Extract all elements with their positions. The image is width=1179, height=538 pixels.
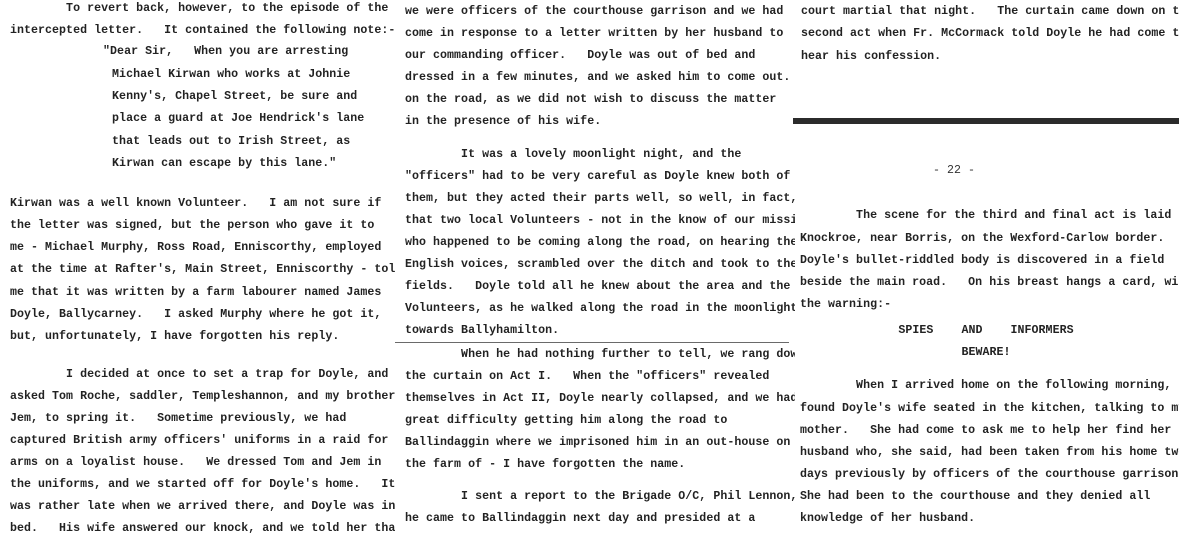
text-line: Doyle, Ballycarney. I asked Murphy where…	[10, 308, 381, 322]
text-line: them, but they acted their parts well, s…	[405, 192, 795, 206]
page-divider-line	[395, 342, 789, 343]
text-line: great difficulty getting him along the r…	[405, 414, 727, 428]
text-line: Kirwan was a well known Volunteer. I am …	[10, 197, 381, 211]
text-line: I sent a report to the Brigade O/C, Phil…	[405, 490, 795, 504]
text-line: "Dear Sir, When you are arresting	[61, 45, 348, 59]
text-line: husband who, she said, had been taken fr…	[800, 446, 1179, 460]
text-column-left: To revert back, however, to the episode …	[0, 0, 395, 538]
text-line: beside the main road. On his breast hang…	[800, 276, 1179, 290]
text-line: the warning:-	[800, 298, 891, 312]
text-line: arms on a loyalist house. We dressed Tom…	[10, 456, 381, 470]
text-line: who happened to be coming along the road…	[405, 236, 795, 250]
text-line: days previously by officers of the court…	[800, 468, 1179, 482]
text-line: the letter was signed, but the person wh…	[10, 219, 374, 233]
text-line: She had been to the courthouse and they …	[800, 490, 1150, 504]
text-line: at the time at Rafter's, Main Street, En…	[10, 263, 395, 277]
text-line: that leads out to Irish Street, as	[63, 135, 350, 149]
text-line: Kenny's, Chapel Street, be sure and	[63, 90, 357, 104]
text-line: that two local Volunteers - not in the k…	[405, 214, 795, 228]
text-line: Knockroe, near Borris, on the Wexford-Ca…	[800, 232, 1164, 246]
text-line: themselves in Act II, Doyle nearly colla…	[405, 392, 795, 406]
text-line: we were officers of the courthouse garri…	[405, 5, 783, 19]
text-line: the farm of - I have forgotten the name.	[405, 458, 685, 472]
text-line: dressed in a few minutes, and we asked h…	[405, 71, 790, 85]
text-line: me that it was written by a farm laboure…	[10, 286, 381, 300]
warning-subheading: BEWARE!	[793, 346, 1179, 360]
text-line: mother. She had come to ask me to help h…	[800, 424, 1171, 438]
text-line: Kirwan can escape by this lane."	[63, 157, 336, 171]
text-line: in the presence of his wife.	[405, 115, 601, 129]
text-line: me - Michael Murphy, Ross Road, Enniscor…	[10, 241, 381, 255]
text-line: come in response to a letter written by …	[405, 27, 783, 41]
text-line: The scene for the third and final act is…	[800, 209, 1179, 223]
text-line: It was a lovely moonlight night, and the	[405, 148, 741, 162]
text-line: I decided at once to set a trap for Doyl…	[10, 368, 395, 382]
text-line: second act when Fr. McCormack told Doyle…	[801, 27, 1179, 41]
text-line: on the road, as we did not wish to discu…	[405, 93, 776, 107]
text-column-right: court martial that night. The curtain ca…	[793, 0, 1179, 538]
text-line: Michael Kirwan who works at Johnie	[63, 68, 350, 82]
text-line: bed. His wife answered our knock, and we…	[10, 522, 395, 536]
text-column-middle: we were officers of the courthouse garri…	[395, 0, 795, 538]
text-line: knowledge of her husband.	[800, 512, 975, 526]
text-line: When I arrived home on the following mor…	[800, 379, 1179, 393]
text-line: captured British army officers' uniforms…	[10, 434, 388, 448]
page-break-bar	[793, 118, 1179, 124]
text-line: To revert back, however, to the episode …	[10, 2, 388, 16]
text-line: English voices, scrambled over the ditch…	[405, 258, 795, 272]
text-line: the curtain on Act I. When the "officers…	[405, 370, 769, 384]
text-line: found Doyle's wife seated in the kitchen…	[800, 402, 1179, 416]
text-line: hear his confession.	[801, 50, 941, 64]
text-line: but, unfortunately, I have forgotten his…	[10, 330, 339, 344]
text-line: place a guard at Joe Hendrick's lane	[63, 112, 364, 126]
text-line: towards Ballyhamilton.	[405, 324, 559, 338]
text-line: Jem, to spring it. Sometime previously, …	[10, 412, 346, 426]
text-line: "officers" had to be very careful as Doy…	[405, 170, 790, 184]
text-line: was rather late when we arrived there, a…	[10, 500, 395, 514]
text-line: asked Tom Roche, saddler, Templeshannon,…	[10, 390, 395, 404]
text-line: Doyle's bullet-riddled body is discovere…	[800, 254, 1164, 268]
text-line: fields. Doyle told all he knew about the…	[405, 280, 790, 294]
text-line: When he had nothing further to tell, we …	[405, 348, 795, 362]
text-line: intercepted letter. It contained the fol…	[10, 24, 395, 38]
warning-heading: SPIES AND INFORMERS	[793, 324, 1179, 338]
text-line: Ballindaggin where we imprisoned him in …	[405, 436, 790, 450]
text-line: court martial that night. The curtain ca…	[801, 5, 1179, 19]
text-line: our commanding officer. Doyle was out of…	[405, 49, 755, 63]
text-line: he came to Ballindaggin next day and pre…	[405, 512, 755, 526]
page-number: - 22 -	[933, 164, 975, 178]
text-line: Volunteers, as he walked along the road …	[405, 302, 795, 316]
text-line: the uniforms, and we started off for Doy…	[10, 478, 395, 492]
